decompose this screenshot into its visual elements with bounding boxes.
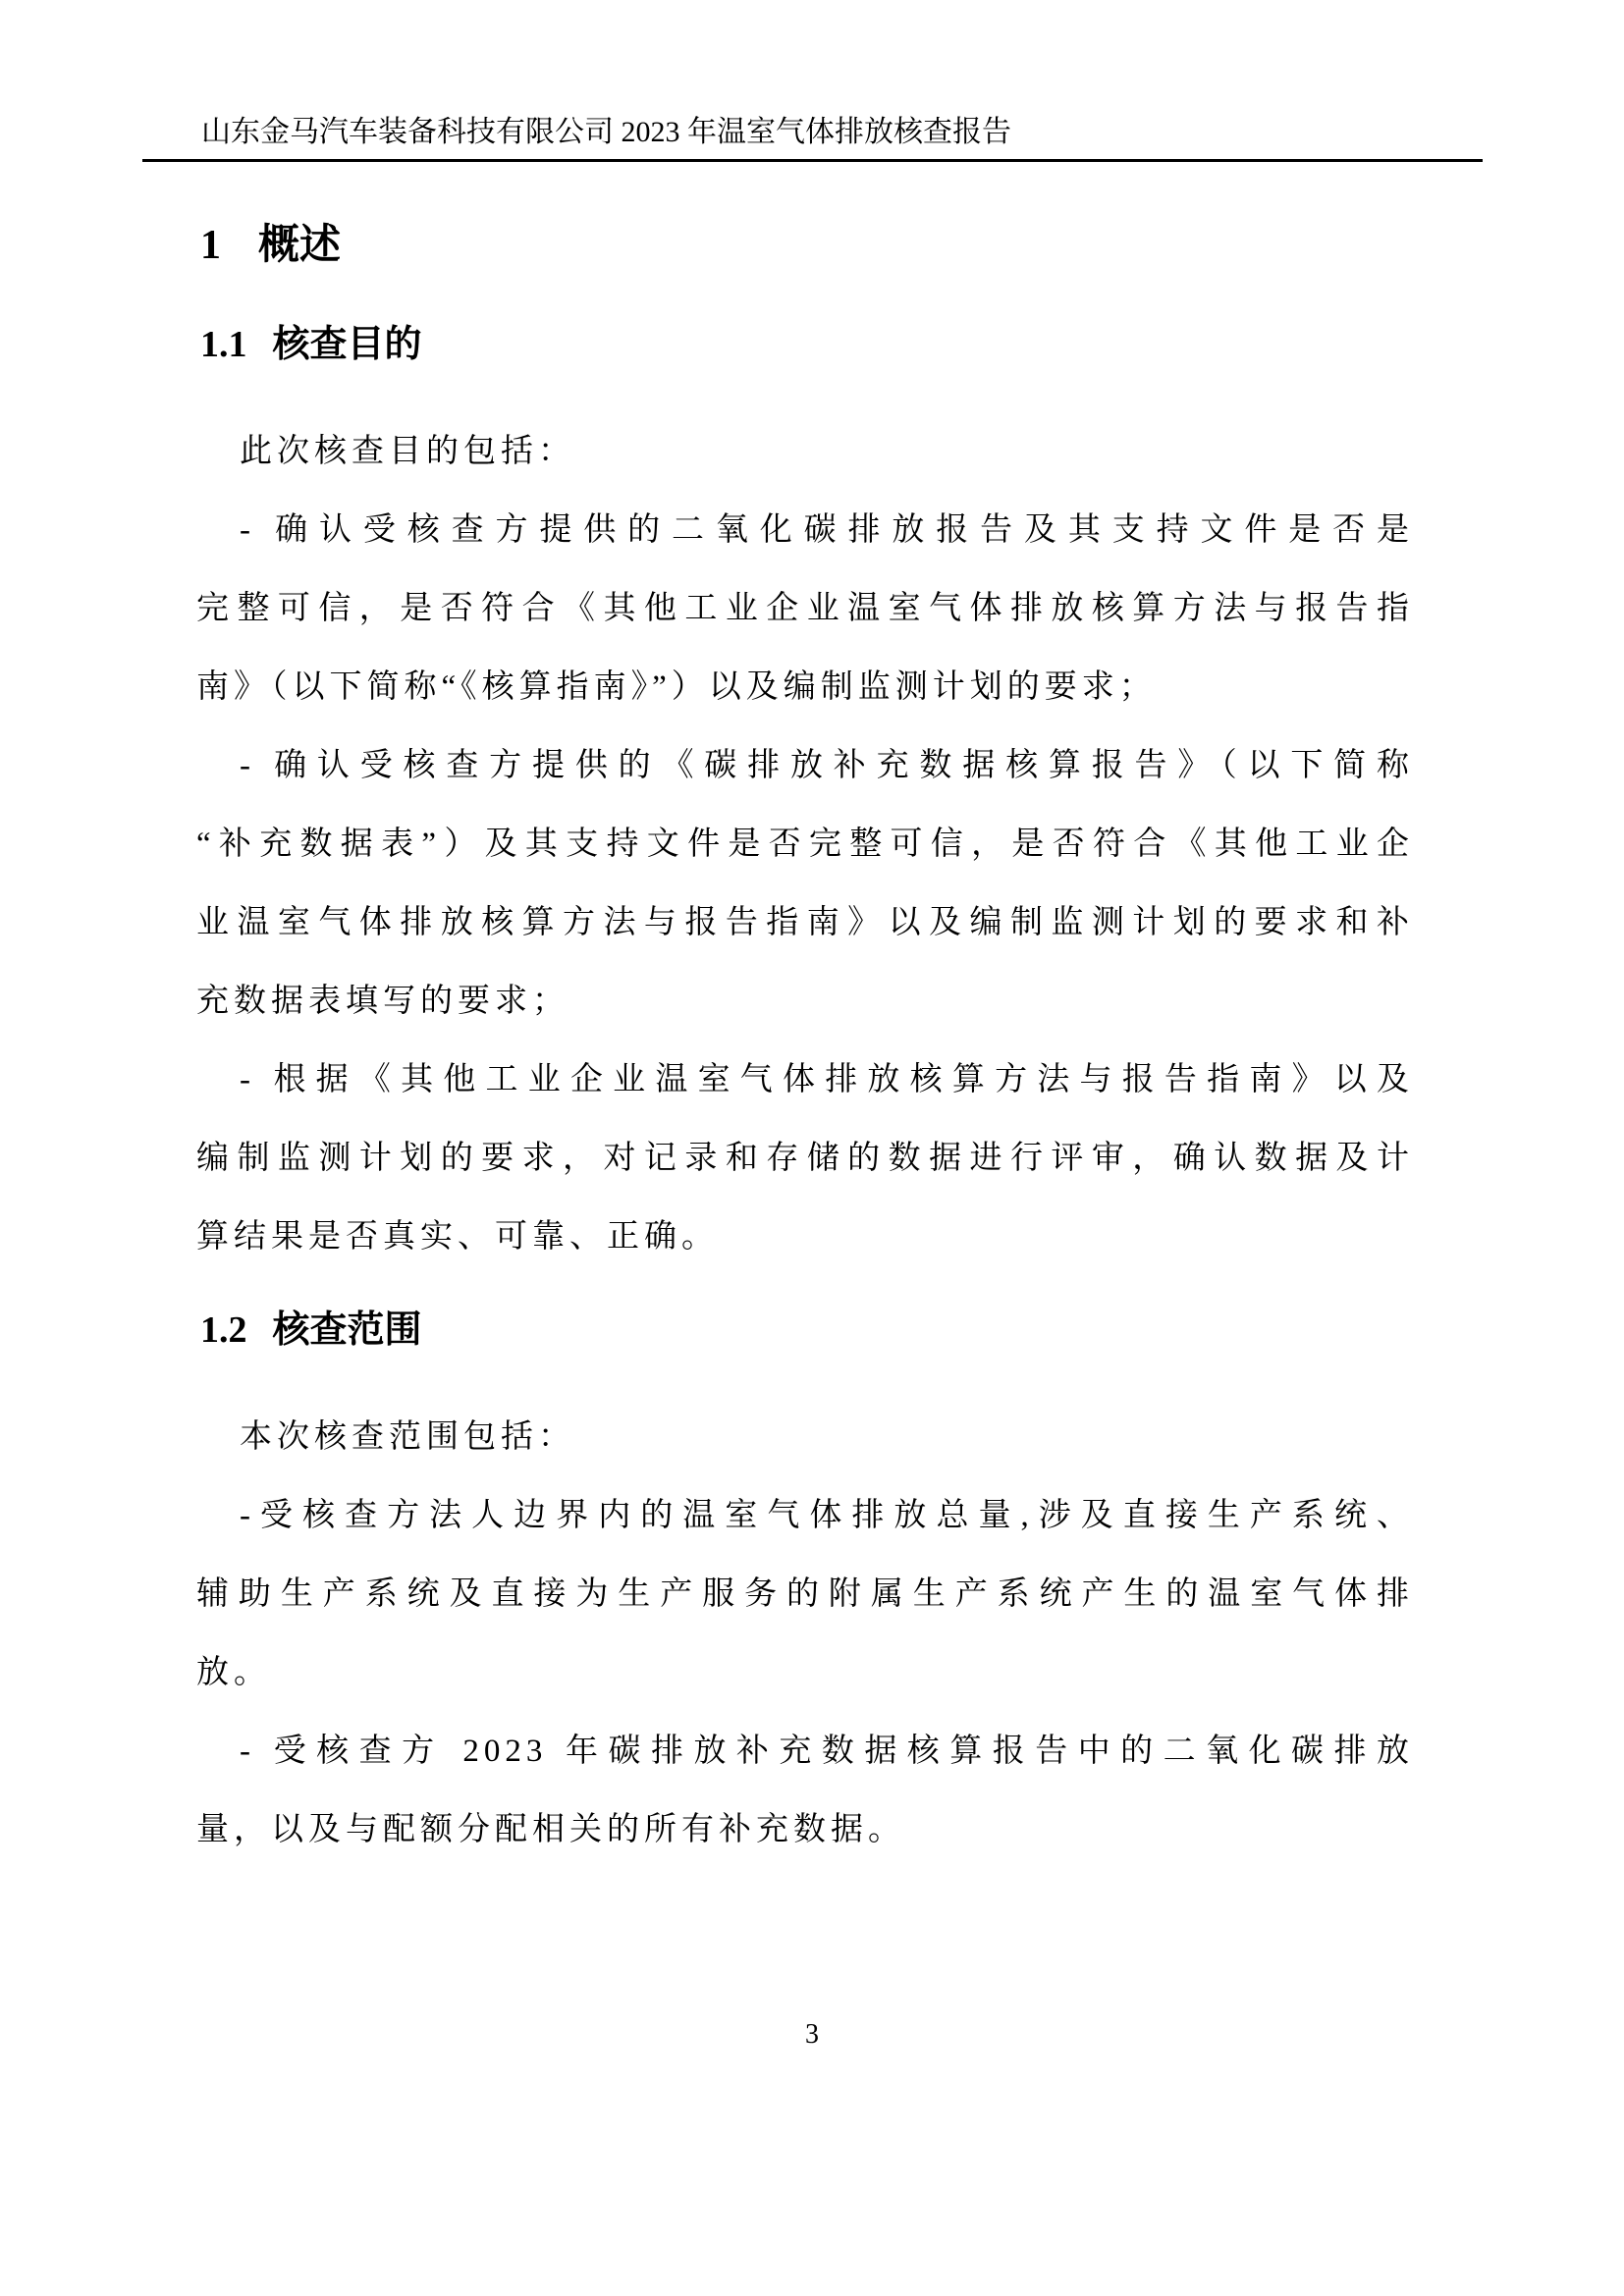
heading-title: 概述 [258,222,341,269]
text-line: 编制监测计划的要求，对记录和存储的数据进行评审，确认数据及计 [196,1119,1414,1198]
text-line: 算结果是否真实、可靠、正确。 [196,1198,1414,1276]
document-page: 山东金马汽车装备科技有限公司 2023 年温室气体排放核查报告 1 概述 1.1… [0,0,1624,2296]
page-number: 3 [805,2019,819,2050]
running-header: 山东金马汽车装备科技有限公司 2023 年温室气体排放核查报告 [142,114,1483,162]
text-line: - 受核查方 2023 年碳排放补充数据核算报告中的二氧化碳排放 [196,1712,1414,1790]
page-footer: 3 [0,2018,1624,2052]
text-line: -受核查方法人边界内的温室气体排放总量,涉及直接生产系统、 [196,1476,1414,1555]
text-line: - 确认受核查方提供的二氧化碳排放报告及其支持文件是否是 [196,491,1414,569]
heading-1-2: 1.2 核查范围 [200,1309,422,1353]
text-line: 南》（以下简称“《核算指南》”）以及编制监测计划的要求； [196,648,1414,726]
text-line: 此次核查目的包括： [196,412,1414,491]
text-line: 业温室气体排放核算方法与报告指南》以及编制监测计划的要求和补 [196,883,1414,962]
text-line: - 根据《其他工业企业温室气体排放核算方法与报告指南》以及 [196,1041,1414,1119]
heading-1: 1 概述 [200,222,341,269]
heading-number: 1.1 [200,324,247,367]
text-line: 本次核查范围包括： [196,1398,1414,1476]
text-line: 充数据表填写的要求； [196,962,1414,1041]
text-line: “补充数据表”）及其支持文件是否完整可信，是否符合《其他工业企 [196,805,1414,883]
heading-1-1: 1.1 核查目的 [200,324,422,367]
text-line: 辅助生产系统及直接为生产服务的附属生产系统产生的温室气体排 [196,1555,1414,1633]
text-line: 量，以及与配额分配相关的所有补充数据。 [196,1790,1414,1869]
heading-number: 1 [200,222,221,269]
section-1-1-body: 此次核查目的包括： - 确认受核查方提供的二氧化碳排放报告及其支持文件是否是 完… [196,412,1414,1276]
heading-number: 1.2 [200,1309,247,1353]
section-1-2-body: 本次核查范围包括： -受核查方法人边界内的温室气体排放总量,涉及直接生产系统、 … [196,1398,1414,1869]
heading-title: 核查范围 [273,1309,422,1353]
text-line: 完整可信，是否符合《其他工业企业温室气体排放核算方法与报告指 [196,569,1414,648]
running-header-text: 山东金马汽车装备科技有限公司 2023 年温室气体排放核查报告 [201,116,1011,148]
heading-title: 核查目的 [273,324,422,367]
text-line: - 确认受核查方提供的《碳排放补充数据核算报告》（以下简称 [196,726,1414,805]
text-line: 放。 [196,1633,1414,1712]
